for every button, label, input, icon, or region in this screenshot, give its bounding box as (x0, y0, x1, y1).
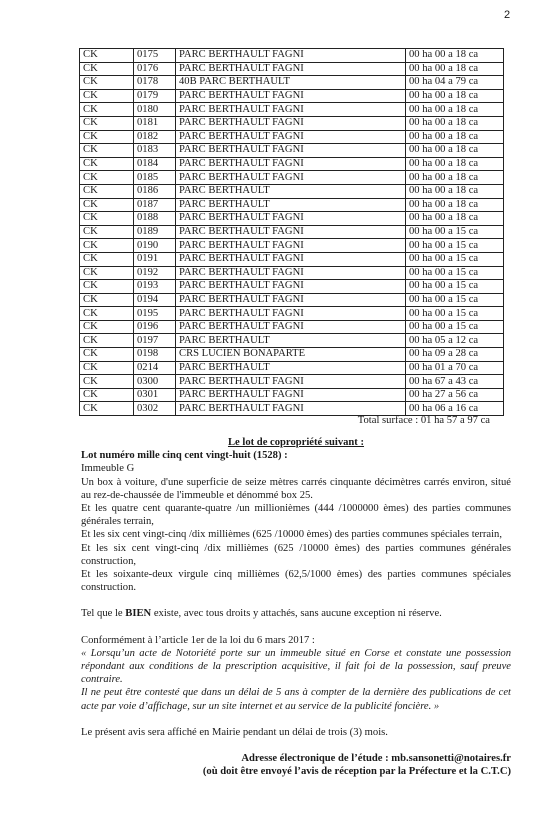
table-row: CK017840B PARC BERTHAULT00 ha 04 a 79 ca (80, 76, 504, 90)
table-row: CK0186PARC BERTHAULT00 ha 00 a 18 ca (80, 184, 504, 198)
parcel-number: 0186 (134, 184, 176, 198)
parcel-area: 00 ha 00 a 18 ca (406, 116, 504, 130)
lot-share: Et les six cent vingt-cinq /dix millième… (81, 528, 511, 541)
parcel-section: CK (80, 348, 134, 362)
parcel-section: CK (80, 144, 134, 158)
parcel-name: PARC BERTHAULT FAGNI (176, 320, 406, 334)
parcel-name: PARC BERTHAULT FAGNI (176, 225, 406, 239)
parcel-name: PARC BERTHAULT FAGNI (176, 103, 406, 117)
parcel-name: 40B PARC BERTHAULT (176, 76, 406, 90)
parcel-area: 00 ha 00 a 18 ca (406, 49, 504, 63)
parcel-section: CK (80, 307, 134, 321)
parcel-section: CK (80, 184, 134, 198)
parcel-area: 00 ha 06 a 16 ca (406, 402, 504, 416)
total-surface: Total surface : 01 ha 57 a 97 ca (358, 415, 490, 426)
parcel-name: PARC BERTHAULT FAGNI (176, 62, 406, 76)
table-row: CK0195PARC BERTHAULT FAGNI00 ha 00 a 15 … (80, 307, 504, 321)
parcel-section: CK (80, 320, 134, 334)
table-row: CK0180PARC BERTHAULT FAGNI00 ha 00 a 18 … (80, 103, 504, 117)
parcel-area: 00 ha 00 a 15 ca (406, 225, 504, 239)
parcel-number: 0191 (134, 252, 176, 266)
parcel-name: PARC BERTHAULT FAGNI (176, 116, 406, 130)
parcel-name: PARC BERTHAULT (176, 198, 406, 212)
parcel-section: CK (80, 266, 134, 280)
law-quote-2: Il ne peut être contesté que dans un dél… (81, 686, 511, 712)
parcel-number: 0181 (134, 116, 176, 130)
parcel-number: 0194 (134, 293, 176, 307)
parcel-section: CK (80, 280, 134, 294)
parcel-area: 00 ha 00 a 18 ca (406, 212, 504, 226)
parcel-name: PARC BERTHAULT FAGNI (176, 157, 406, 171)
parcel-name: PARC BERTHAULT (176, 334, 406, 348)
parcel-name: PARC BERTHAULT FAGNI (176, 130, 406, 144)
document-body: Le lot de copropriété suivant : Lot numé… (81, 436, 511, 778)
table-row: CK0179PARC BERTHAULT FAGNI00 ha 00 a 18 … (80, 89, 504, 103)
law-quote-1: « Lorsqu’un acte de Notoriété porte sur … (81, 647, 511, 687)
table-row: CK0214PARC BERTHAULT00 ha 01 a 70 ca (80, 361, 504, 375)
contact-email-line: Adresse électronique de l’étude : mb.san… (81, 752, 511, 765)
table-row: CK0193PARC BERTHAULT FAGNI00 ha 00 a 15 … (80, 280, 504, 294)
parcel-area: 00 ha 00 a 18 ca (406, 103, 504, 117)
parcel-number: 0187 (134, 198, 176, 212)
page-number: 2 (504, 9, 510, 21)
parcel-area: 00 ha 09 a 28 ca (406, 348, 504, 362)
parcels-table-body: CK0175PARC BERTHAULT FAGNI00 ha 00 a 18 … (80, 49, 504, 416)
lot-share: Et les soixante-deux virgule cinq milliè… (81, 568, 511, 594)
parcel-number: 0185 (134, 171, 176, 185)
table-row: CK0183PARC BERTHAULT FAGNI00 ha 00 a 18 … (80, 144, 504, 158)
parcel-name: PARC BERTHAULT FAGNI (176, 280, 406, 294)
parcel-section: CK (80, 116, 134, 130)
table-row: CK0300PARC BERTHAULT FAGNI00 ha 67 a 43 … (80, 375, 504, 389)
parcel-area: 00 ha 27 a 56 ca (406, 388, 504, 402)
parcel-area: 00 ha 00 a 15 ca (406, 307, 504, 321)
parcel-section: CK (80, 225, 134, 239)
parcel-number: 0193 (134, 280, 176, 294)
parcel-area: 00 ha 05 a 12 ca (406, 334, 504, 348)
parcel-section: CK (80, 334, 134, 348)
parcel-number: 0190 (134, 239, 176, 253)
parcel-section: CK (80, 293, 134, 307)
parcel-number: 0301 (134, 388, 176, 402)
parcel-number: 0180 (134, 103, 176, 117)
parcel-section: CK (80, 103, 134, 117)
parcel-section: CK (80, 252, 134, 266)
parcel-area: 00 ha 67 a 43 ca (406, 375, 504, 389)
parcel-section: CK (80, 239, 134, 253)
parcel-name: PARC BERTHAULT FAGNI (176, 388, 406, 402)
table-row: CK0194PARC BERTHAULT FAGNI00 ha 00 a 15 … (80, 293, 504, 307)
parcel-name: PARC BERTHAULT FAGNI (176, 402, 406, 416)
parcel-name: PARC BERTHAULT FAGNI (176, 144, 406, 158)
table-row: CK0182PARC BERTHAULT FAGNI00 ha 00 a 18 … (80, 130, 504, 144)
table-row: CK0301PARC BERTHAULT FAGNI00 ha 27 a 56 … (80, 388, 504, 402)
table-row: CK0196PARC BERTHAULT FAGNI00 ha 00 a 15 … (80, 320, 504, 334)
parcel-number: 0214 (134, 361, 176, 375)
parcel-number: 0189 (134, 225, 176, 239)
parcel-area: 00 ha 04 a 79 ca (406, 76, 504, 90)
parcel-area: 00 ha 00 a 18 ca (406, 184, 504, 198)
parcel-section: CK (80, 198, 134, 212)
parcel-number: 0179 (134, 89, 176, 103)
parcel-number: 0176 (134, 62, 176, 76)
parcel-number: 0188 (134, 212, 176, 226)
parcel-section: CK (80, 62, 134, 76)
law-intro: Conformément à l’article 1er de la loi d… (81, 634, 511, 647)
parcel-name: PARC BERTHAULT FAGNI (176, 252, 406, 266)
table-row: CK0190PARC BERTHAULT FAGNI00 ha 00 a 15 … (80, 239, 504, 253)
parcel-area: 00 ha 00 a 15 ca (406, 239, 504, 253)
table-row: CK0302PARC BERTHAULT FAGNI00 ha 06 a 16 … (80, 402, 504, 416)
parcel-section: CK (80, 89, 134, 103)
table-row: CK0191PARC BERTHAULT FAGNI00 ha 00 a 15 … (80, 252, 504, 266)
lot-title: Lot numéro mille cinq cent vingt-huit (1… (81, 449, 511, 462)
parcel-number: 0196 (134, 320, 176, 334)
parcel-area: 00 ha 00 a 18 ca (406, 144, 504, 158)
parcel-name: PARC BERTHAULT (176, 361, 406, 375)
parcel-area: 00 ha 00 a 15 ca (406, 320, 504, 334)
table-row: CK0197PARC BERTHAULT00 ha 05 a 12 ca (80, 334, 504, 348)
parcel-section: CK (80, 76, 134, 90)
table-row: CK0184PARC BERTHAULT FAGNI00 ha 00 a 18 … (80, 157, 504, 171)
bien-statement: Tel que le BIEN existe, avec tous droits… (81, 607, 511, 620)
parcel-section: CK (80, 388, 134, 402)
parcel-number: 0192 (134, 266, 176, 280)
parcel-name: CRS LUCIEN BONAPARTE (176, 348, 406, 362)
table-row: CK0187PARC BERTHAULT00 ha 00 a 18 ca (80, 198, 504, 212)
parcel-number: 0198 (134, 348, 176, 362)
parcel-number: 0183 (134, 144, 176, 158)
parcel-number: 0195 (134, 307, 176, 321)
parcel-name: PARC BERTHAULT (176, 184, 406, 198)
parcel-name: PARC BERTHAULT FAGNI (176, 212, 406, 226)
parcel-area: 00 ha 00 a 15 ca (406, 266, 504, 280)
parcel-area: 00 ha 00 a 15 ca (406, 280, 504, 294)
parcel-name: PARC BERTHAULT FAGNI (176, 89, 406, 103)
parcel-area: 00 ha 00 a 18 ca (406, 171, 504, 185)
parcel-name: PARC BERTHAULT FAGNI (176, 171, 406, 185)
lot-share: Et les six cent vingt-cinq /dix millième… (81, 542, 511, 568)
parcel-name: PARC BERTHAULT FAGNI (176, 375, 406, 389)
table-row: CK0176PARC BERTHAULT FAGNI00 ha 00 a 18 … (80, 62, 504, 76)
lot-heading: Le lot de copropriété suivant : (81, 436, 511, 449)
parcel-area: 00 ha 00 a 15 ca (406, 252, 504, 266)
table-row: CK0181PARC BERTHAULT FAGNI00 ha 00 a 18 … (80, 116, 504, 130)
parcel-area: 00 ha 00 a 15 ca (406, 293, 504, 307)
parcel-section: CK (80, 361, 134, 375)
parcel-area: 00 ha 00 a 18 ca (406, 62, 504, 76)
parcel-section: CK (80, 212, 134, 226)
parcel-number: 0302 (134, 402, 176, 416)
parcel-number: 0175 (134, 49, 176, 63)
parcel-section: CK (80, 402, 134, 416)
table-row: CK0185PARC BERTHAULT FAGNI00 ha 00 a 18 … (80, 171, 504, 185)
parcel-number: 0178 (134, 76, 176, 90)
bien-keyword: BIEN (125, 608, 151, 619)
parcel-section: CK (80, 171, 134, 185)
parcel-area: 00 ha 00 a 18 ca (406, 130, 504, 144)
parcel-name: PARC BERTHAULT FAGNI (176, 293, 406, 307)
parcel-area: 00 ha 01 a 70 ca (406, 361, 504, 375)
parcels-table: CK0175PARC BERTHAULT FAGNI00 ha 00 a 18 … (79, 48, 504, 416)
parcel-name: PARC BERTHAULT FAGNI (176, 49, 406, 63)
contact-note: (où doit être envoyé l’avis de réception… (81, 765, 511, 778)
parcel-area: 00 ha 00 a 18 ca (406, 89, 504, 103)
table-row: CK0188PARC BERTHAULT FAGNI00 ha 00 a 18 … (80, 212, 504, 226)
table-row: CK0189PARC BERTHAULT FAGNI00 ha 00 a 15 … (80, 225, 504, 239)
table-row: CK0198CRS LUCIEN BONAPARTE00 ha 09 a 28 … (80, 348, 504, 362)
parcel-number: 0300 (134, 375, 176, 389)
parcel-name: PARC BERTHAULT FAGNI (176, 307, 406, 321)
parcel-section: CK (80, 157, 134, 171)
parcel-area: 00 ha 00 a 18 ca (406, 157, 504, 171)
lot-building: Immeuble G (81, 462, 511, 475)
parcel-name: PARC BERTHAULT FAGNI (176, 266, 406, 280)
lot-share: Et les quatre cent quarante-quatre /un m… (81, 502, 511, 528)
parcel-section: CK (80, 375, 134, 389)
parcel-name: PARC BERTHAULT FAGNI (176, 239, 406, 253)
parcel-number: 0197 (134, 334, 176, 348)
parcel-area: 00 ha 00 a 18 ca (406, 198, 504, 212)
posting-notice: Le présent avis sera affiché en Mairie p… (81, 726, 511, 739)
table-row: CK0192PARC BERTHAULT FAGNI00 ha 00 a 15 … (80, 266, 504, 280)
table-row: CK0175PARC BERTHAULT FAGNI00 ha 00 a 18 … (80, 49, 504, 63)
parcel-number: 0184 (134, 157, 176, 171)
lot-description: Un box à voiture, d'une superficie de se… (81, 476, 511, 502)
parcel-section: CK (80, 130, 134, 144)
parcel-section: CK (80, 49, 134, 63)
parcel-number: 0182 (134, 130, 176, 144)
